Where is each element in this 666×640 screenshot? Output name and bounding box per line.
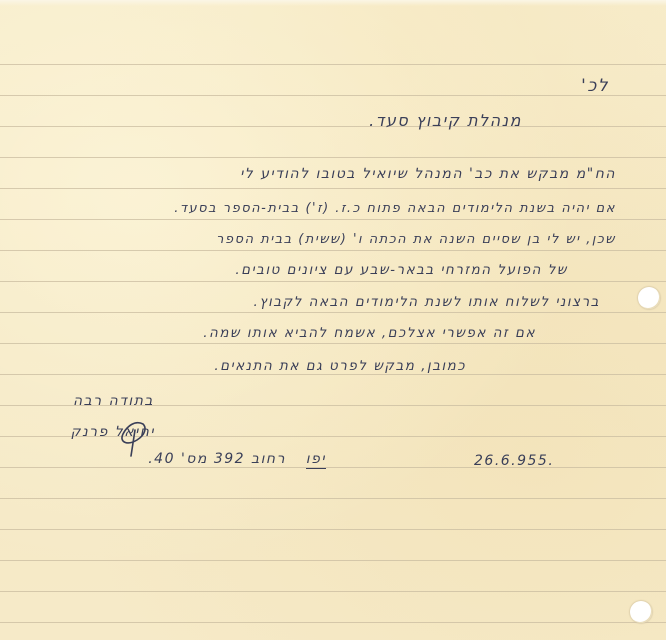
body-line-2: אם יהיה בשנת הלימודים הבאה פתוח כ.ז. (ז'… [174, 201, 616, 216]
ruled-line [0, 467, 666, 468]
ruled-line [0, 343, 666, 344]
ruled-line [0, 250, 666, 251]
body-line-6: אם זה אפשרי אצלכם, אשמח להביא אותו שמה. [203, 325, 536, 341]
punch-hole-lower [630, 601, 652, 623]
body-line-3: שכן, יש לי בן שסיים השנה את הכתה ו' (ששי… [216, 232, 616, 247]
ruled-line [0, 126, 666, 127]
ruled-line [0, 622, 666, 623]
punch-hole-upper [638, 287, 660, 309]
paper-top-edge [0, 0, 666, 6]
ruled-line [0, 374, 666, 375]
ruled-line [0, 188, 666, 189]
body-line-4: של הפועל המזרחי בבאר-שבע עם ציונים טובים… [235, 262, 568, 278]
salutation: לכ' [581, 76, 609, 96]
ruled-line [0, 157, 666, 158]
ruled-line [0, 560, 666, 561]
address-city: יפו [306, 451, 326, 469]
ruled-line [0, 591, 666, 592]
address-street: רחוב 392 מס' 40. [148, 451, 286, 467]
ruled-line [0, 312, 666, 313]
recipient: מנהלת קיבוץ סעד. [369, 111, 522, 130]
ruled-line [0, 281, 666, 282]
body-line-7: כמובן, מבקש לפרט גם את התנאים. [214, 358, 466, 374]
closing: בתודה רבה [73, 393, 154, 409]
body-line-1: הח"מ מבקש את כב' המנהל שיואיל בטובו להוד… [240, 166, 616, 182]
ruled-line [0, 498, 666, 499]
ruled-line [0, 64, 666, 65]
signature: יחיאל פרנק [71, 424, 155, 440]
letter-page: לכ' מנהלת קיבוץ סעד. הח"מ מבקש את כב' המ… [0, 0, 666, 640]
body-line-5: ברצוני לשלוח אותו לשנת הלימודים הבאה לקב… [254, 294, 600, 310]
ruled-line [0, 95, 666, 96]
ruled-line [0, 219, 666, 220]
date: 26.6.955. [474, 453, 554, 469]
ruled-line [0, 529, 666, 530]
